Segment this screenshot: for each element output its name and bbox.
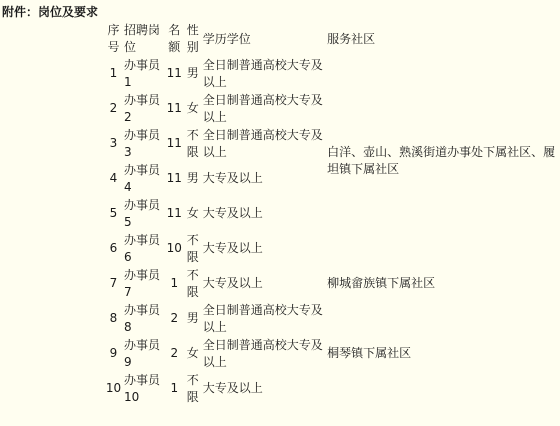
cell-seq-no: 2 [104,91,123,126]
col-header-education: 学历学位 [202,22,326,56]
cell-seq-no: 5 [104,196,123,231]
cell-quota: 11 [165,91,184,126]
cell-seq-no: 1 [104,56,123,91]
cell-position: 办事员10 [123,371,165,406]
cell-education: 大专及以上 [202,231,326,266]
cell-seq-no: 7 [104,266,123,301]
cell-gender: 男 [184,301,202,336]
cell-gender: 女 [184,196,202,231]
cell-seq-no: 10 [104,371,123,406]
cell-position: 办事员8 [123,301,165,336]
cell-quota: 11 [165,126,184,161]
cell-quota: 2 [165,301,184,336]
cell-community-merged: 桐琴镇下属社区 [326,301,560,406]
job-requirements-table: 序号 招聘岗位 名额 性别 学历学位 服务社区 1 办事员1 11 男 全日制普… [104,22,560,406]
cell-quota: 11 [165,161,184,196]
cell-gender: 女 [184,336,202,371]
cell-education: 大专及以上 [202,161,326,196]
cell-quota: 11 [165,56,184,91]
cell-education: 全日制普通高校大专及以上 [202,126,326,161]
table-row: 7 办事员7 1 不限 大专及以上 柳城畲族镇下属社区 [104,266,560,301]
cell-seq-no: 8 [104,301,123,336]
table-row: 1 办事员1 11 男 全日制普通高校大专及以上 白洋、壶山、熟溪街道办事处下属… [104,56,560,91]
cell-position: 办事员5 [123,196,165,231]
cell-gender: 不限 [184,266,202,301]
cell-education: 大专及以上 [202,196,326,231]
table-header-row: 序号 招聘岗位 名额 性别 学历学位 服务社区 [104,22,560,56]
cell-position: 办事员6 [123,231,165,266]
cell-quota: 11 [165,196,184,231]
cell-community-merged: 白洋、壶山、熟溪街道办事处下属社区、履坦镇下属社区 [326,56,560,266]
col-header-position: 招聘岗位 [123,22,165,56]
cell-quota: 1 [165,371,184,406]
cell-position: 办事员7 [123,266,165,301]
cell-education: 大专及以上 [202,371,326,406]
attachment-title: 附件：岗位及要求 [0,0,560,19]
cell-position: 办事员2 [123,91,165,126]
cell-gender: 不限 [184,126,202,161]
col-header-community: 服务社区 [326,22,560,56]
cell-gender: 不限 [184,231,202,266]
cell-gender: 男 [184,161,202,196]
cell-gender: 女 [184,91,202,126]
cell-position: 办事员9 [123,336,165,371]
cell-education: 全日制普通高校大专及以上 [202,91,326,126]
attachment-document: 附件：岗位及要求 序号 招聘岗位 名额 性别 学历学位 服务社区 1 办事员1 … [0,0,560,406]
cell-quota: 1 [165,266,184,301]
col-header-quota: 名额 [165,22,184,56]
cell-quota: 2 [165,336,184,371]
cell-seq-no: 6 [104,231,123,266]
cell-gender: 不限 [184,371,202,406]
cell-education: 全日制普通高校大专及以上 [202,336,326,371]
cell-position: 办事员1 [123,56,165,91]
cell-education: 大专及以上 [202,266,326,301]
cell-gender: 男 [184,56,202,91]
table-row: 8 办事员8 2 男 全日制普通高校大专及以上 桐琴镇下属社区 [104,301,560,336]
cell-seq-no: 3 [104,126,123,161]
cell-position: 办事员3 [123,126,165,161]
cell-seq-no: 4 [104,161,123,196]
cell-education: 全日制普通高校大专及以上 [202,56,326,91]
cell-community: 柳城畲族镇下属社区 [326,266,560,301]
cell-quota: 10 [165,231,184,266]
cell-position: 办事员4 [123,161,165,196]
col-header-seq-no: 序号 [104,22,123,56]
cell-seq-no: 9 [104,336,123,371]
col-header-gender: 性别 [184,22,202,56]
cell-education: 全日制普通高校大专及以上 [202,301,326,336]
